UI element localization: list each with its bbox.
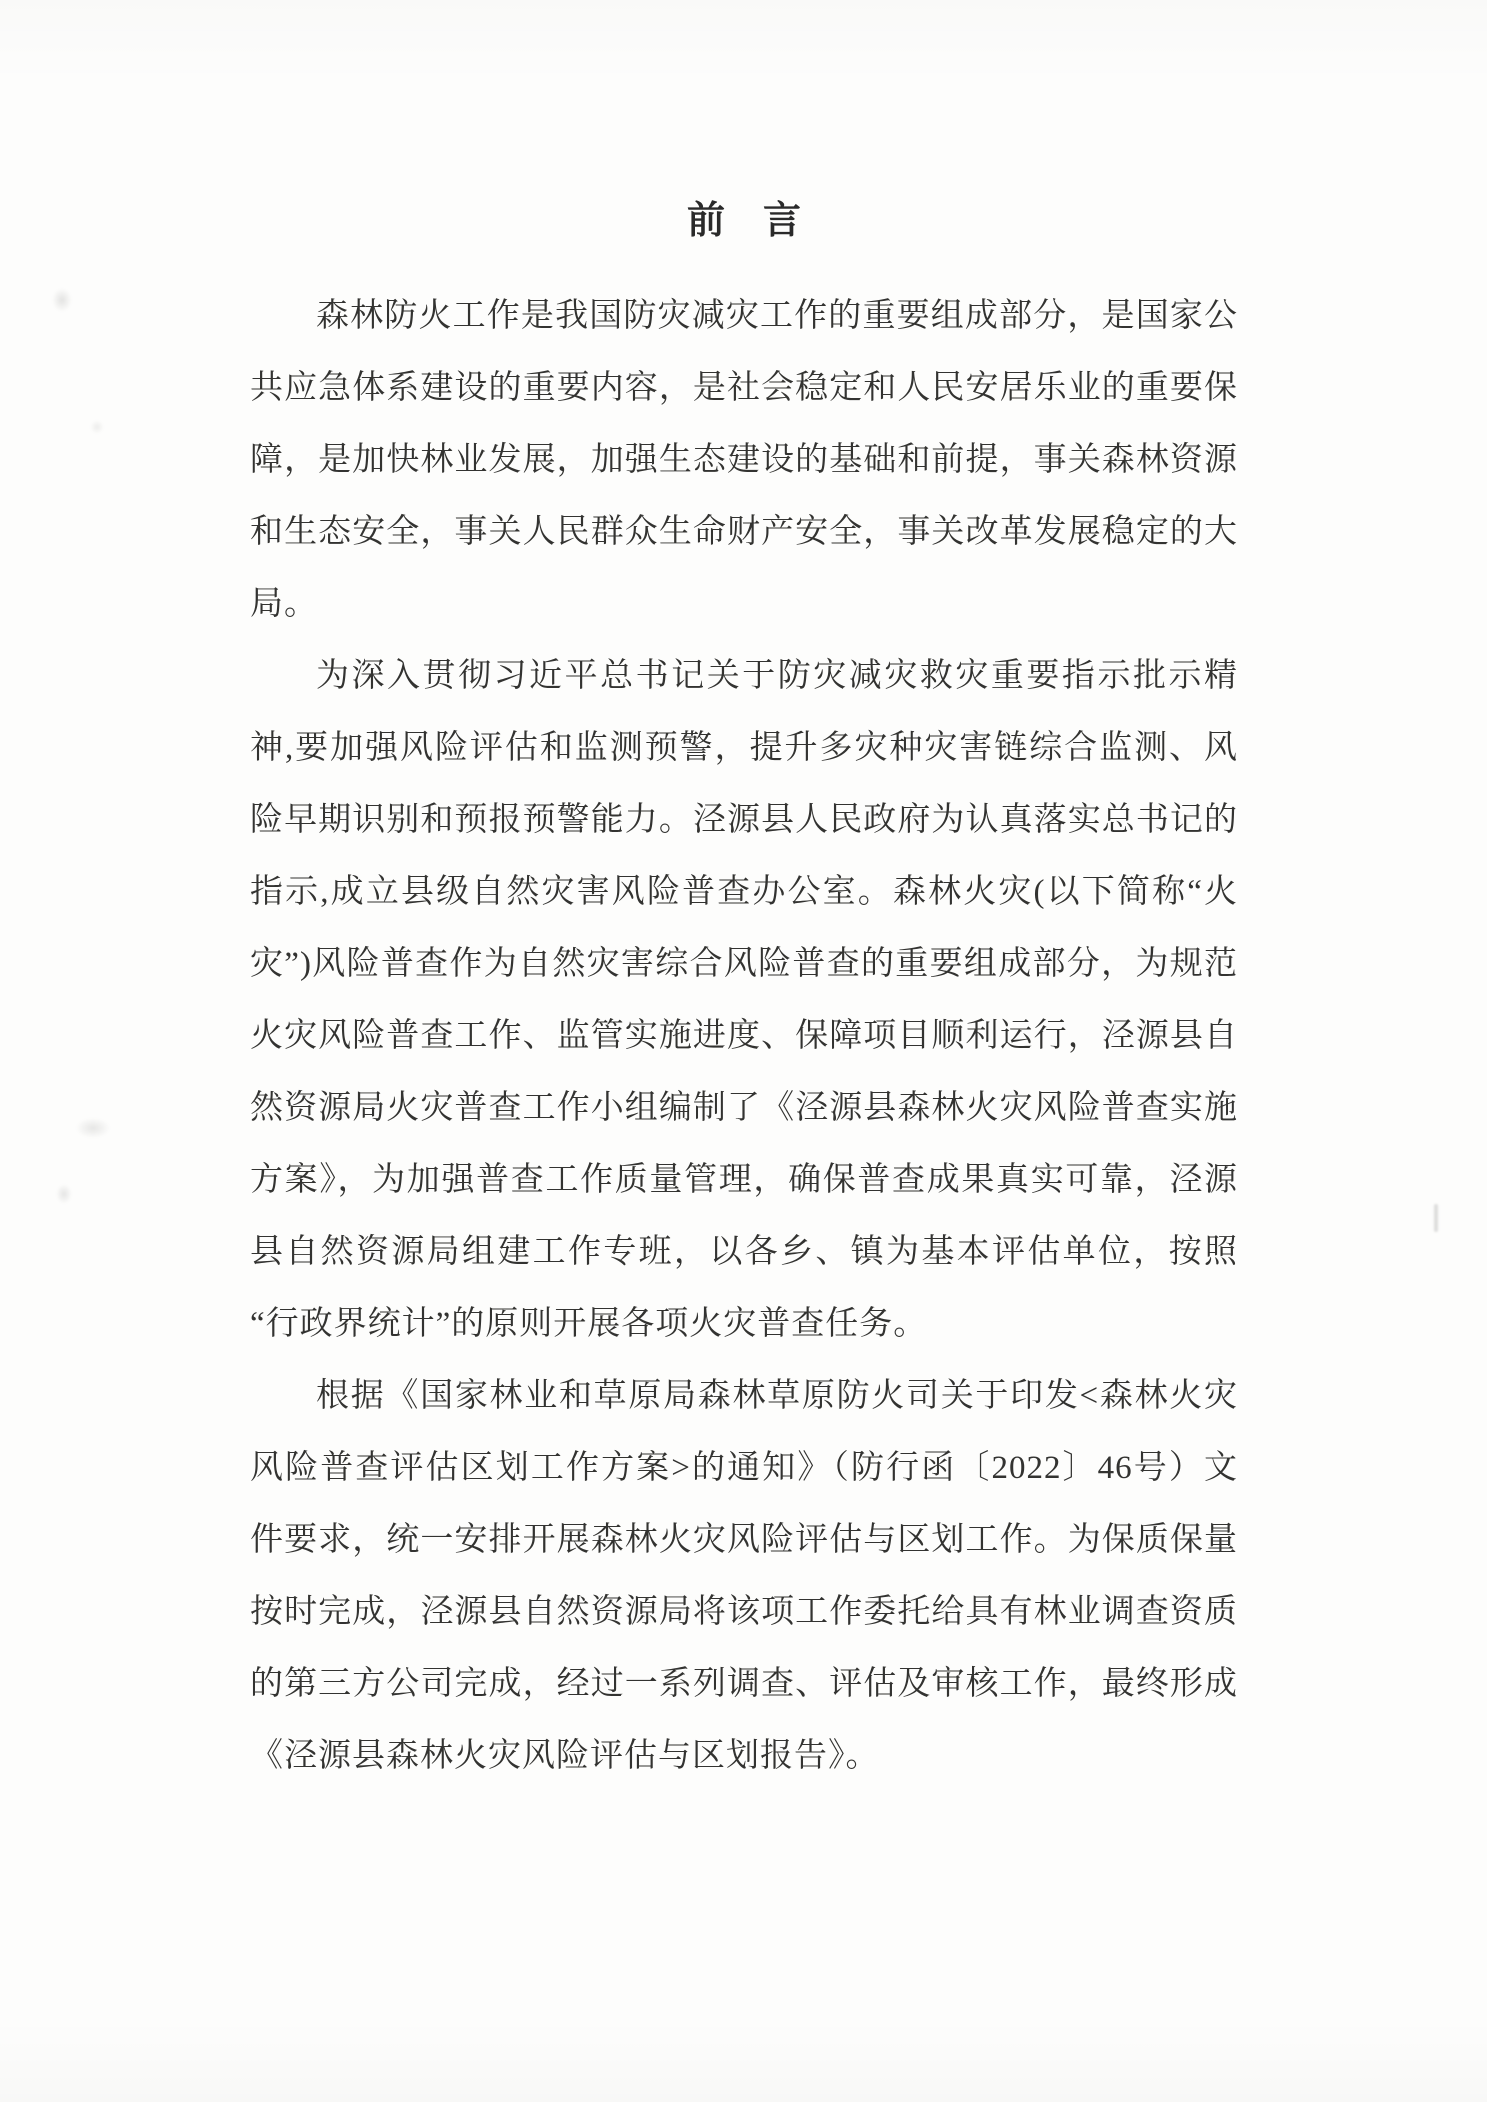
scan-artifact: [52, 288, 72, 312]
scan-artifact: [1434, 1204, 1438, 1232]
scan-artifact: [56, 1184, 72, 1204]
page-title: 前 言: [250, 186, 1238, 256]
scanned-document-page: 前 言 森林防火工作是我国防灾减灾工作的重要组成部分，是国家公共应急体系建设的重…: [0, 0, 1487, 2102]
body-paragraph-3: 根据《国家林业和草原局森林草原防火司关于印发<森林火灾风险普查评估区划工作方案>…: [250, 1360, 1238, 1792]
body-paragraph-1: 森林防火工作是我国防灾减灾工作的重要组成部分，是国家公共应急体系建设的重要内容，…: [250, 280, 1238, 640]
scan-artifact: [90, 420, 104, 434]
document-body: 前 言 森林防火工作是我国防灾减灾工作的重要组成部分，是国家公共应急体系建设的重…: [250, 186, 1238, 1792]
body-paragraph-2: 为深入贯彻习近平总书记关于防灾减灾救灾重要指示批示精神,要加强风险评估和监测预警…: [250, 640, 1238, 1360]
scan-artifact: [76, 1118, 110, 1138]
